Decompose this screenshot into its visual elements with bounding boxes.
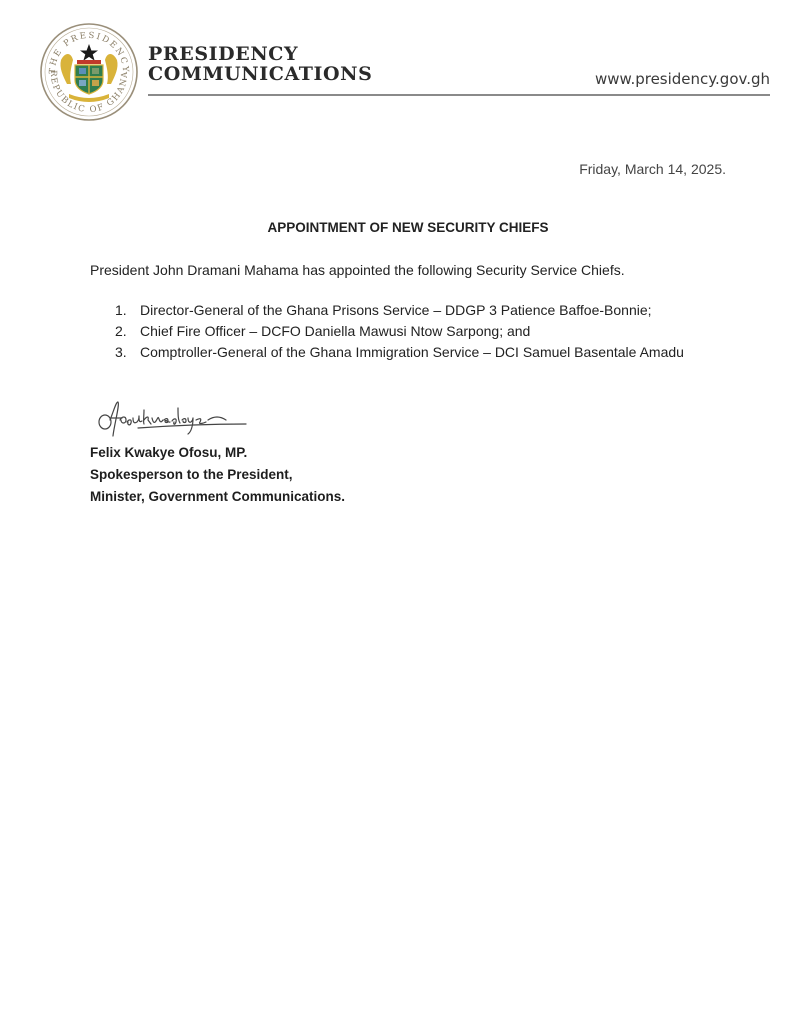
header-divider: [148, 94, 770, 96]
list-item-number: 3.: [115, 342, 140, 363]
document-date: Friday, March 14, 2025.: [579, 161, 726, 177]
list-item-text: Director-General of the Ghana Prisons Se…: [140, 300, 652, 321]
handwritten-signature-icon: [96, 396, 256, 440]
list-item: 2. Chief Fire Officer – DCFO Daniella Ma…: [115, 321, 684, 342]
intro-paragraph: President John Dramani Mahama has appoin…: [90, 262, 625, 278]
signatory-role-spokesperson: Spokesperson to the President,: [90, 464, 345, 486]
website-link[interactable]: www.presidency.gov.gh: [595, 70, 770, 88]
list-item-number: 1.: [115, 300, 140, 321]
signatory-block: Felix Kwakye Ofosu, MP. Spokesperson to …: [90, 442, 345, 508]
signatory-name: Felix Kwakye Ofosu, MP.: [90, 442, 345, 464]
presidency-seal: THE PRESIDENCY REPUBLIC OF GHANA: [39, 22, 139, 122]
signatory-role-minister: Minister, Government Communications.: [90, 486, 345, 508]
list-item-text: Chief Fire Officer – DCFO Daniella Mawus…: [140, 321, 530, 342]
list-item: 1. Director-General of the Ghana Prisons…: [115, 300, 684, 321]
brand-line-presidency: PRESIDENCY: [148, 44, 372, 64]
list-item-text: Comptroller-General of the Ghana Immigra…: [140, 342, 684, 363]
appointments-list: 1. Director-General of the Ghana Prisons…: [115, 300, 684, 363]
list-item: 3. Comptroller-General of the Ghana Immi…: [115, 342, 684, 363]
list-item-number: 2.: [115, 321, 140, 342]
ghana-coat-of-arms-icon: THE PRESIDENCY REPUBLIC OF GHANA: [39, 22, 139, 122]
brand-wordmark: PRESIDENCY COMMUNICATIONS: [148, 44, 372, 84]
brand-line-communications: COMMUNICATIONS: [148, 64, 372, 84]
document-title: APPOINTMENT OF NEW SECURITY CHIEFS: [0, 220, 810, 235]
signature: [96, 396, 256, 440]
